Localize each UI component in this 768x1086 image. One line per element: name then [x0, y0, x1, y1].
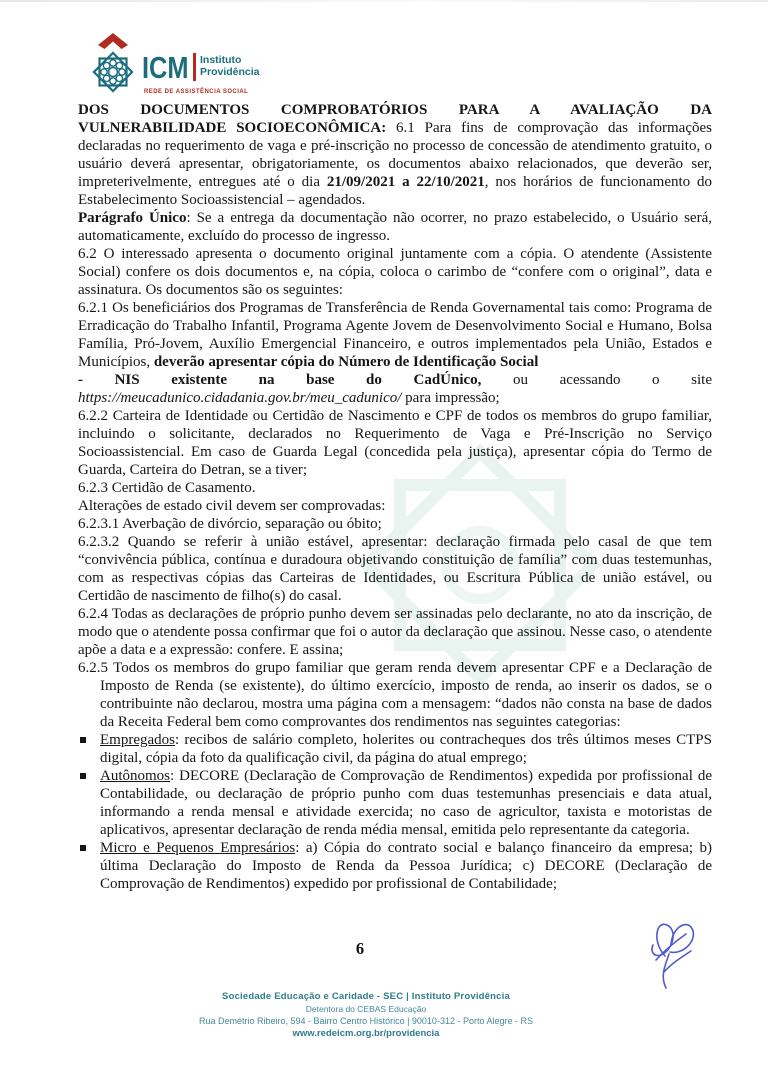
paragraph: 6.2.4 Todas as declarações de próprio pu… [78, 605, 712, 659]
text-run: 6.2.3 Certidão de Casamento. [78, 480, 255, 496]
text-run: DOS DOCUMENTOS COMPROBATÓRIOS PARA A AVA… [78, 102, 712, 118]
text-run: Alterações de estado civil devem ser com… [78, 498, 385, 514]
logo-divider [193, 53, 196, 81]
icm-logo: ICM Instituto Providência REDE DE ASSIST… [86, 28, 316, 100]
bullet-item: Empregados: recibos de salário completo,… [78, 731, 712, 767]
bullet-item: Autônomos: DECORE (Declaração de Comprov… [78, 767, 712, 839]
paragraph: VULNERABILIDADE SOCIOECONÔMICA: 6.1 Para… [78, 119, 712, 209]
paragraph: Alterações de estado civil devem ser com… [78, 497, 712, 515]
footer-website-line: www.redeicm.org.br/providencia [0, 1028, 732, 1039]
text-run: 6.2.5 Todos os membros do grupo familiar… [78, 660, 712, 730]
logo-tagline: REDE DE ASSISTÊNCIA SOCIAL [144, 88, 248, 95]
bullet-text: Micro e Pequenos Empresários: a) Cópia d… [100, 839, 712, 893]
paragraph: 6.2.3.2 Quando se referir à união estáve… [78, 533, 712, 605]
text-run: : DECORE (Declaração de Comprovação de R… [100, 768, 712, 838]
bullet-marker [78, 839, 100, 893]
text-run: 6.2.3.2 Quando se referir à união estáve… [78, 534, 712, 604]
text-run: 6.2.3.1 Averbação de divórcio, separação… [78, 516, 382, 532]
paragraph: 6.2.3 Certidão de Casamento. [78, 479, 712, 497]
text-run: 6.2 O interessado apresenta o documento … [78, 246, 712, 298]
document-body: DOS DOCUMENTOS COMPROBATÓRIOS PARA A AVA… [78, 101, 712, 893]
logo-subtitle-line1: Instituto [200, 54, 260, 66]
logo-icm-text: ICM [142, 52, 189, 83]
text-run: 6.2.2 Carteira de Identidade ou Certidão… [78, 408, 712, 478]
text-run: VULNERABILIDADE SOCIOECONÔMICA: [78, 120, 396, 136]
text-run: Parágrafo Único [78, 210, 186, 226]
bullet-marker [78, 767, 100, 839]
signature-scribble [638, 910, 702, 994]
logo-subtitle-line2: Providência [200, 66, 260, 78]
bullet-item: Micro e Pequenos Empresários: a) Cópia d… [78, 839, 712, 893]
text-run: Micro e Pequenos Empresários [100, 840, 295, 856]
footer-address-line: Rua Demétrio Ribeiro, 594 - Bairro Centr… [0, 1016, 732, 1026]
square-bullet-icon [80, 773, 86, 779]
text-run: Empregados [100, 732, 175, 748]
text-run: : recibos de salário completo, holerites… [100, 732, 712, 766]
paragraph: 6.2.2 Carteira de Identidade ou Certidão… [78, 407, 712, 479]
text-run: 6.2.4 Todas as declarações de próprio pu… [78, 606, 712, 658]
text-run: 21/09/2021 a 22/10/2021 [327, 174, 485, 190]
text-run: deverão apresentar cópia do Número de Id… [154, 354, 539, 370]
square-bullet-icon [80, 845, 86, 851]
footer-org-line: Sociedade Educação e Caridade - SEC | In… [0, 991, 732, 1002]
text-run: ou acessando o site [481, 372, 712, 388]
text-run: para impressão; [401, 390, 499, 406]
paragraph: 6.2.5 Todos os membros do grupo familiar… [78, 659, 712, 731]
document-title: DOS DOCUMENTOS COMPROBATÓRIOS PARA A AVA… [78, 101, 712, 119]
footer-cebas-line: Detentora do CEBAS Educação [0, 1004, 732, 1014]
page-number: 6 [345, 939, 375, 959]
scanned-document-page: { "logo": { "icm_text": "ICM", "subtitle… [0, 0, 768, 1086]
paragraph: - NIS existente na base do CadÚnico, ou … [78, 371, 712, 389]
bullet-marker [78, 731, 100, 767]
bullet-text: Autônomos: DECORE (Declaração de Comprov… [100, 767, 712, 839]
paragraph: https://meucadunico.cidadania.gov.br/meu… [78, 389, 712, 407]
bullet-text: Empregados: recibos de salário completo,… [100, 731, 712, 767]
paragraph: 6.2.1 Os beneficiários dos Programas de … [78, 299, 712, 371]
icm-rosette-icon [88, 32, 138, 96]
square-bullet-icon [80, 737, 86, 743]
paragraph: 6.2.3.1 Averbação de divórcio, separação… [78, 515, 712, 533]
paragraph: 6.2 O interessado apresenta o documento … [78, 245, 712, 299]
scan-top-edge [0, 0, 768, 2]
page-footer: Sociedade Educação e Caridade - SEC | In… [0, 991, 732, 1039]
logo-subtitle: Instituto Providência [200, 54, 260, 78]
paragraph: Parágrafo Único: Se a entrega da documen… [78, 209, 712, 245]
text-run: https://meucadunico.cidadania.gov.br/meu… [78, 390, 401, 406]
text-run: - NIS existente na base do CadÚnico, [78, 372, 481, 388]
text-run: Autônomos [100, 768, 170, 784]
